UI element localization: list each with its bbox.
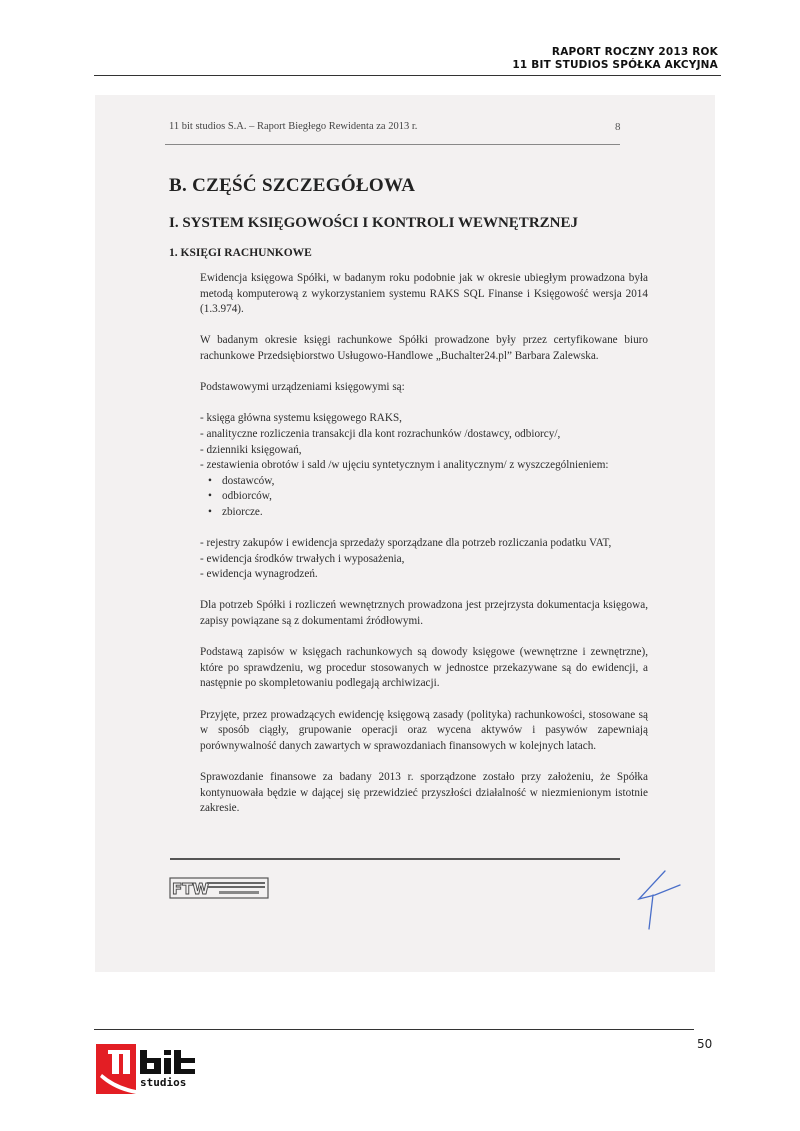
logo-studios-text: studios: [140, 1076, 186, 1089]
scan-bottom-divider: [170, 858, 620, 860]
auditor-logo-icon: FTW: [169, 876, 269, 900]
company-name: 11 BIT STUDIOS SPÓŁKA AKCYJNA: [512, 59, 718, 72]
list-item: - rejestry zakupów i ewidencja sprzedaży…: [200, 536, 648, 552]
sub-list-item: zbiorcze.: [208, 505, 648, 521]
paragraph: Sprawozdanie finansowe za badany 2013 r.…: [200, 770, 648, 817]
list-item: - analityczne rozliczenia transakcji dla…: [200, 427, 648, 443]
sub-list-item: dostawców,: [208, 474, 648, 490]
paragraph: Przyjęte, przez prowadzących ewidencję k…: [200, 708, 648, 755]
list-item: - ewidencja środków trwałych i wyposażen…: [200, 552, 648, 568]
ledger-list-continued: - rejestry zakupów i ewidencja sprzedaży…: [200, 536, 648, 583]
page-number: 50: [697, 1037, 712, 1051]
report-title: RAPORT ROCZNY 2013 ROK: [512, 46, 718, 59]
scan-top-divider: [165, 144, 620, 145]
paragraph: Podstawą zapisów w księgach rachunkowych…: [200, 645, 648, 692]
section-heading-b: B. CZĘŚĆ SZCZEGÓŁOWA: [169, 175, 415, 197]
section-heading-1: 1. KSIĘGI RACHUNKOWE: [169, 247, 312, 259]
list-item: - dzienniki księgowań,: [200, 443, 648, 459]
list-item: - księga główna systemu księgowego RAKS,: [200, 411, 648, 427]
running-head: 11 bit studios S.A. – Raport Biegłego Re…: [169, 121, 417, 132]
section-heading-i: I. SYSTEM KSIĘGOWOŚCI I KONTROLI WEWNĘTR…: [169, 215, 578, 232]
sub-list: dostawców, odbiorców, zbiorcze.: [200, 474, 648, 521]
footer-divider: [94, 1029, 694, 1030]
scan-page-number: 8: [615, 121, 621, 133]
list-item: - zestawienia obrotów i sald /w ujęciu s…: [200, 458, 648, 474]
paragraph: Podstawowymi urządzeniami księgowymi są:: [200, 380, 648, 396]
sub-list-item: odbiorców,: [208, 489, 648, 505]
signature-icon: [625, 865, 695, 935]
list-item: - ewidencja wynagrodzeń.: [200, 567, 648, 583]
ledger-list: - księga główna systemu księgowego RAKS,…: [200, 411, 648, 473]
auditor-logo-text: FTW: [172, 880, 209, 898]
document-body: Ewidencja księgowa Spółki, w badanym rok…: [200, 271, 648, 832]
paragraph: Dla potrzeb Spółki i rozliczeń wewnętrzn…: [200, 598, 648, 629]
paragraph: W badanym okresie księgi rachunkowe Spół…: [200, 333, 648, 364]
scanned-page: 11 bit studios S.A. – Raport Biegłego Re…: [95, 95, 715, 972]
report-header: RAPORT ROCZNY 2013 ROK 11 BIT STUDIOS SP…: [512, 46, 718, 72]
paragraph: Ewidencja księgowa Spółki, w badanym rok…: [200, 271, 648, 318]
header-divider: [94, 75, 721, 76]
11bit-studios-logo-icon: studios: [96, 1044, 221, 1094]
